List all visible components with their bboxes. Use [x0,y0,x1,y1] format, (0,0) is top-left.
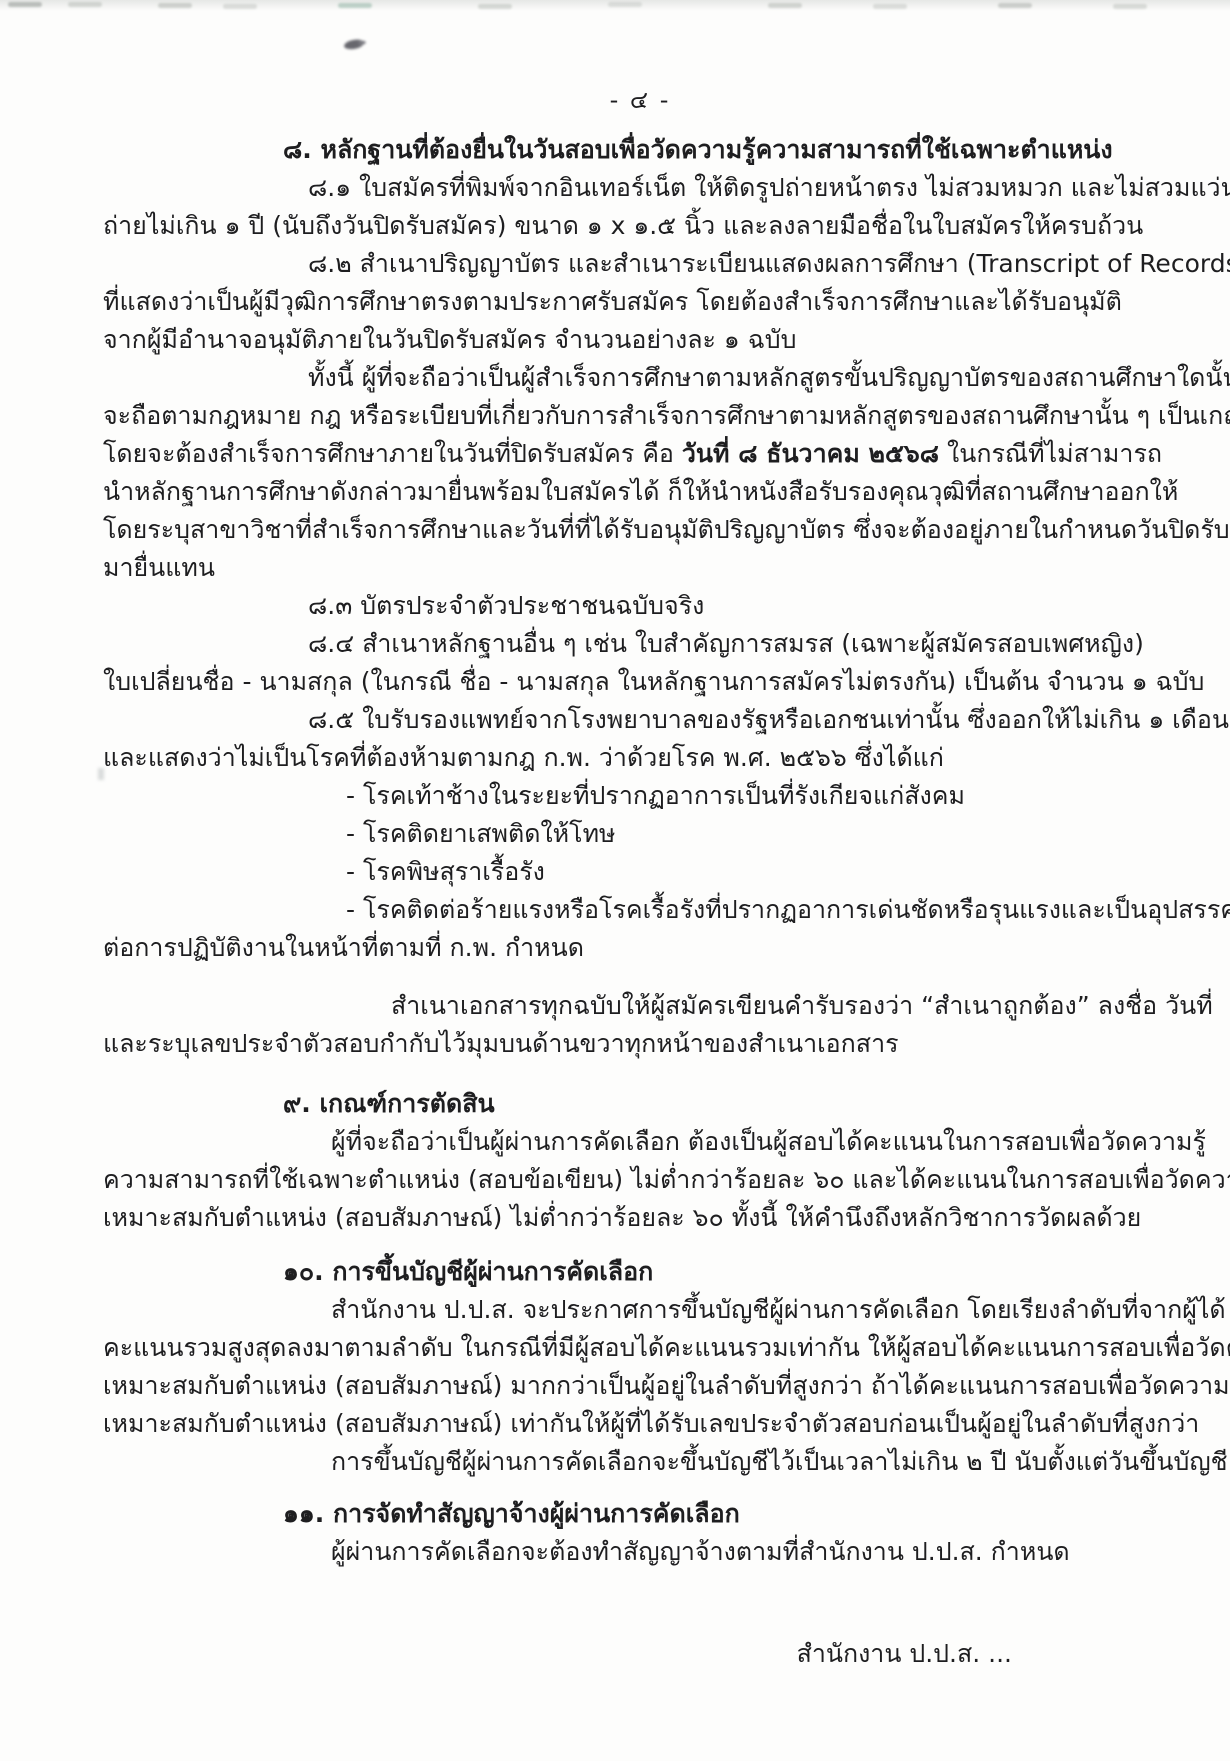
section-8-heading: ๘. หลักฐานที่ต้องยื่นในวันสอบเพื่อวัดควา… [103,131,1133,169]
section-10-line-1: สำนักงาน ป.ป.ส. จะประกาศการขึ้นบัญชีผู้ผ… [103,1291,1133,1329]
disease-item-4-cont: ต่อการปฏิบัติงานในหน้าที่ตามที่ ก.พ. กำห… [103,929,1133,967]
deadline-pre: โดยจะต้องสำเร็จการศึกษาภายในวันที่ปิดรับ… [103,439,682,468]
disease-item-1: - โรคเท้าช้างในระยะที่ปรากฏอาการเป็นที่ร… [103,777,1133,815]
section-9-line-1: ผู้ที่จะถือว่าเป็นผู้ผ่านการคัดเลือก ต้อ… [103,1123,1133,1161]
clause-8-2-note-cont-1: จะถือตามกฎหมาย กฎ หรือระเบียบที่เกี่ยวกั… [103,397,1133,435]
section-11-heading: ๑๑. การจัดทำสัญญาจ้างผู้ผ่านการคัดเลือก [103,1495,1133,1533]
section-10-line-4: เหมาะสมกับตำแหน่ง (สอบสัมภาษณ์) เท่ากันใ… [103,1405,1133,1443]
section-9-heading: ๙. เกณฑ์การตัดสิน [103,1085,1133,1123]
section-9-line-3: เหมาะสมกับตำแหน่ง (สอบสัมภาษณ์) ไม่ต่ำกว… [103,1199,1133,1237]
clause-8-2-note-cont-3: โดยระบุสาขาวิชาที่สำเร็จการศึกษาและวันที… [103,511,1133,549]
clause-8-2-note-cont-2: นำหลักฐานการศึกษาดังกล่าวมายื่นพร้อมใบสม… [103,473,1133,511]
clause-8-3: ๘.๓ บัตรประจำตัวประชาชนฉบับจริง [103,587,1133,625]
copy-certify-line-2: และระบุเลขประจำตัวสอบกำกับไว้มุมบนด้านขว… [103,1025,1133,1063]
clause-8-2-cont-1: ที่แสดงว่าเป็นผู้มีวุฒิการศึกษาตรงตามประ… [103,283,1133,321]
deadline-post: ในกรณีที่ไม่สามารถ [939,439,1162,468]
clause-8-4: ๘.๔ สำเนาหลักฐานอื่น ๆ เช่น ใบสำคัญการสม… [103,625,1133,663]
section-9-line-2: ความสามารถที่ใช้เฉพาะตำแหน่ง (สอบข้อเขีย… [103,1161,1133,1199]
document-body: ๘. หลักฐานที่ต้องยื่นในวันสอบเพื่อวัดควา… [103,131,1133,1571]
clause-8-4-cont: ใบเปลี่ยนชื่อ - นามสกุล (ในกรณี ชื่อ - น… [103,663,1133,701]
clause-8-2-cont-2: จากผู้มีอำนาจอนุมัติภายในวันปิดรับสมัคร … [103,321,1133,359]
clause-8-1-cont: ถ่ายไม่เกิน ๑ ปี (นับถึงวันปิดรับสมัคร) … [103,207,1133,245]
disease-item-3: - โรคพิษสุราเรื้อรัง [103,853,1133,891]
document-page: - ๔ - ๘. หลักฐานที่ต้องยื่นในวันสอบเพื่อ… [0,0,1230,1761]
scan-noise-specks [8,2,42,7]
clause-8-2: ๘.๒ สำเนาปริญญาบัตร และสำเนาระเบียนแสดงผ… [103,245,1133,283]
deadline-line: โดยจะต้องสำเร็จการศึกษาภายในวันที่ปิดรับ… [103,435,1133,473]
clause-8-2-note-end: มายื่นแทน [103,549,1133,587]
clause-8-5: ๘.๕ ใบรับรองแพทย์จากโรงพยาบาลของรัฐหรือเ… [103,701,1133,739]
disease-item-4: - โรคติดต่อร้ายแรงหรือโรคเรื้อรังที่ปราก… [103,891,1133,929]
footer-office-label: สำนักงาน ป.ป.ส. ... [797,1634,1012,1674]
section-10-line-5: การขึ้นบัญชีผู้ผ่านการคัดเลือกจะขึ้นบัญช… [103,1443,1133,1481]
clause-8-2-note: ทั้งนี้ ผู้ที่จะถือว่าเป็นผู้สำเร็จการศึ… [103,359,1133,397]
section-10-line-2: คะแนนรวมสูงสุดลงมาตามลำดับ ในกรณีที่มีผู… [103,1329,1133,1367]
scan-edge-artifact [0,0,1230,11]
ink-smudge [343,39,363,51]
section-10-line-3: เหมาะสมกับตำแหน่ง (สอบสัมภาษณ์) มากกว่าเ… [103,1367,1133,1405]
deadline-date-bold: วันที่ ๘ ธันวาคม ๒๕๖๘ [682,439,939,468]
clause-8-1: ๘.๑ ใบสมัครที่พิมพ์จากอินเทอร์เน็ต ให้ติ… [103,169,1133,207]
section-11-line-1: ผู้ผ่านการคัดเลือกจะต้องทำสัญญาจ้างตามที… [103,1533,1133,1571]
copy-certify-line-1: สำเนาเอกสารทุกฉบับให้ผู้สมัครเขียนคำรับร… [103,987,1133,1025]
section-10-heading: ๑๐. การขึ้นบัญชีผู้ผ่านการคัดเลือก [103,1253,1133,1291]
page-number: - ๔ - [60,80,1220,119]
disease-item-2: - โรคติดยาเสพติดให้โทษ [103,815,1133,853]
clause-8-5-cont: และแสดงว่าไม่เป็นโรคที่ต้องห้ามตามกฎ ก.พ… [103,739,1133,777]
